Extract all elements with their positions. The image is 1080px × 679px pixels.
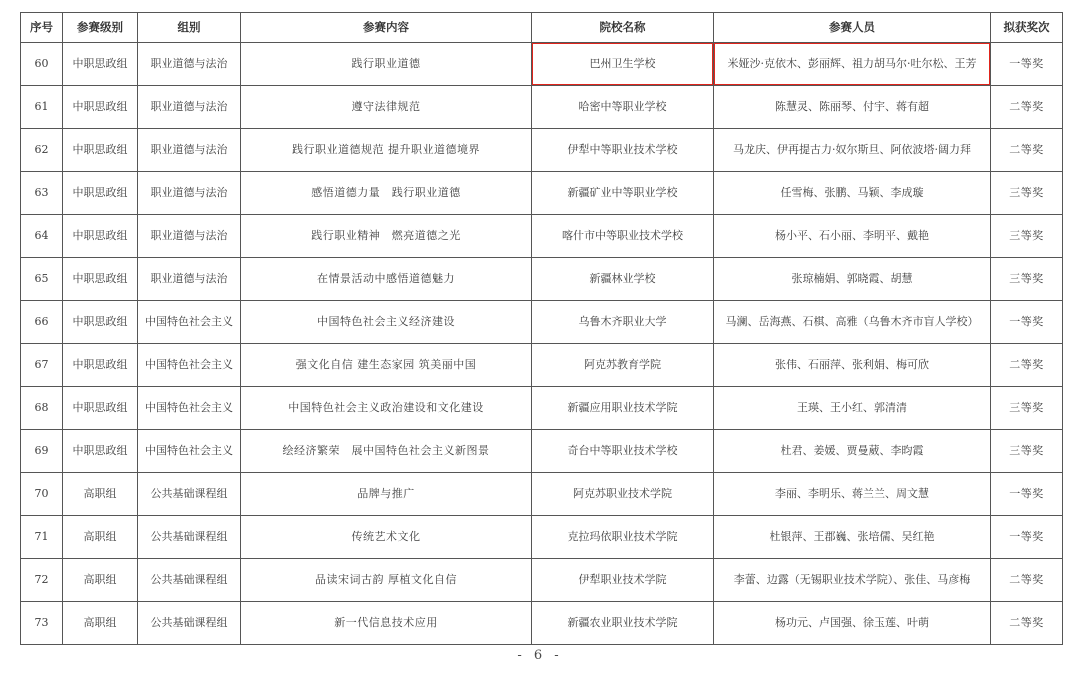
- cell-no: 63: [21, 172, 63, 215]
- cell-group: 公共基础课程组: [138, 559, 241, 602]
- cell-no: 68: [21, 387, 63, 430]
- cell-school: 新疆矿业中等职业学校: [532, 172, 714, 215]
- cell-level: 中职思政组: [63, 86, 138, 129]
- cell-content: 强文化自信 建生态家园 筑美丽中国: [241, 344, 532, 387]
- cell-level: 高职组: [63, 559, 138, 602]
- document-page: 序号参赛级别组别参赛内容院校名称参赛人员拟获奖次 60中职思政组职业道德与法治践…: [0, 0, 1080, 679]
- table-row: 63中职思政组职业道德与法治感悟道德力量 践行职业道德新疆矿业中等职业学校任雪梅…: [21, 172, 1063, 215]
- cell-level: 中职思政组: [63, 172, 138, 215]
- cell-award: 三等奖: [991, 215, 1063, 258]
- cell-group: 中国特色社会主义: [138, 430, 241, 473]
- table-header: 序号参赛级别组别参赛内容院校名称参赛人员拟获奖次: [21, 13, 1063, 43]
- cell-award: 一等奖: [991, 516, 1063, 559]
- page-number: - 6 -: [0, 648, 1080, 663]
- cell-award: 一等奖: [991, 43, 1063, 86]
- cell-level: 中职思政组: [63, 215, 138, 258]
- cell-school: 伊犁职业技术学院: [532, 559, 714, 602]
- header-row: 序号参赛级别组别参赛内容院校名称参赛人员拟获奖次: [21, 13, 1063, 43]
- cell-school: 喀什市中等职业技术学校: [532, 215, 714, 258]
- cell-no: 72: [21, 559, 63, 602]
- table-row: 73高职组公共基础课程组新一代信息技术应用新疆农业职业技术学院杨功元、卢国强、徐…: [21, 602, 1063, 645]
- table-row: 60中职思政组职业道德与法治践行职业道德巴州卫生学校米娅沙·克依木、彭丽辉、祖力…: [21, 43, 1063, 86]
- cell-content: 中国特色社会主义政治建设和文化建设: [241, 387, 532, 430]
- table-row: 61中职思政组职业道德与法治遵守法律规范哈密中等职业学校陈慧灵、陈丽琴、付宇、蒋…: [21, 86, 1063, 129]
- cell-school: 乌鲁木齐职业大学: [532, 301, 714, 344]
- cell-group: 职业道德与法治: [138, 215, 241, 258]
- cell-school: 新疆应用职业技术学院: [532, 387, 714, 430]
- cell-group: 职业道德与法治: [138, 43, 241, 86]
- cell-level: 中职思政组: [63, 430, 138, 473]
- column-header: 序号: [21, 13, 63, 43]
- cell-group: 中国特色社会主义: [138, 301, 241, 344]
- table-row: 64中职思政组职业道德与法治践行职业精神 燃亮道德之光喀什市中等职业技术学校杨小…: [21, 215, 1063, 258]
- cell-participants: 任雪梅、张鹏、马颖、李成璇: [714, 172, 991, 215]
- cell-award: 一等奖: [991, 473, 1063, 516]
- column-header: 参赛内容: [241, 13, 532, 43]
- column-header: 组别: [138, 13, 241, 43]
- cell-school: 新疆农业职业技术学院: [532, 602, 714, 645]
- cell-participants: 米娅沙·克依木、彭丽辉、祖力胡马尔·吐尔松、王芳: [714, 43, 991, 86]
- cell-level: 中职思政组: [63, 258, 138, 301]
- cell-level: 高职组: [63, 516, 138, 559]
- cell-school: 克拉玛依职业技术学院: [532, 516, 714, 559]
- column-header: 参赛级别: [63, 13, 138, 43]
- cell-school: 伊犁中等职业技术学校: [532, 129, 714, 172]
- cell-participants: 陈慧灵、陈丽琴、付宇、蒋有超: [714, 86, 991, 129]
- cell-level: 中职思政组: [63, 344, 138, 387]
- table-row: 62中职思政组职业道德与法治践行职业道德规范 提升职业道德境界伊犁中等职业技术学…: [21, 129, 1063, 172]
- cell-award: 二等奖: [991, 559, 1063, 602]
- column-header: 院校名称: [532, 13, 714, 43]
- cell-no: 70: [21, 473, 63, 516]
- cell-award: 二等奖: [991, 86, 1063, 129]
- cell-school: 巴州卫生学校: [532, 43, 714, 86]
- cell-participants: 杜银萍、王郡巍、张培儒、吴红艳: [714, 516, 991, 559]
- cell-school: 阿克苏职业技术学院: [532, 473, 714, 516]
- cell-level: 中职思政组: [63, 387, 138, 430]
- table-body: 60中职思政组职业道德与法治践行职业道德巴州卫生学校米娅沙·克依木、彭丽辉、祖力…: [21, 43, 1063, 645]
- cell-award: 二等奖: [991, 129, 1063, 172]
- cell-group: 职业道德与法治: [138, 172, 241, 215]
- cell-participants: 马澜、岳海燕、石棋、高雅（乌鲁木齐市盲人学校）: [714, 301, 991, 344]
- cell-no: 73: [21, 602, 63, 645]
- cell-participants: 李丽、李明乐、蒋兰兰、周文慧: [714, 473, 991, 516]
- cell-no: 65: [21, 258, 63, 301]
- cell-content: 中国特色社会主义经济建设: [241, 301, 532, 344]
- cell-participants: 王瑛、王小红、郭清清: [714, 387, 991, 430]
- table-row: 71高职组公共基础课程组传统艺术文化克拉玛依职业技术学院杜银萍、王郡巍、张培儒、…: [21, 516, 1063, 559]
- cell-group: 中国特色社会主义: [138, 387, 241, 430]
- column-header: 参赛人员: [714, 13, 991, 43]
- cell-award: 三等奖: [991, 172, 1063, 215]
- cell-school: 新疆林业学校: [532, 258, 714, 301]
- cell-participants: 马龙庆、伊再提古力·奴尔斯旦、阿依波塔·阔力拜: [714, 129, 991, 172]
- cell-no: 71: [21, 516, 63, 559]
- cell-award: 一等奖: [991, 301, 1063, 344]
- awards-table: 序号参赛级别组别参赛内容院校名称参赛人员拟获奖次 60中职思政组职业道德与法治践…: [20, 12, 1063, 645]
- cell-level: 高职组: [63, 473, 138, 516]
- cell-award: 二等奖: [991, 344, 1063, 387]
- cell-no: 62: [21, 129, 63, 172]
- cell-no: 66: [21, 301, 63, 344]
- table-row: 72高职组公共基础课程组品读宋词古韵 厚植文化自信伊犁职业技术学院李蕾、边露（无…: [21, 559, 1063, 602]
- cell-participants: 杨功元、卢国强、徐玉莲、叶萌: [714, 602, 991, 645]
- table-row: 68中职思政组中国特色社会主义中国特色社会主义政治建设和文化建设新疆应用职业技术…: [21, 387, 1063, 430]
- cell-group: 中国特色社会主义: [138, 344, 241, 387]
- cell-content: 践行职业道德: [241, 43, 532, 86]
- table-row: 66中职思政组中国特色社会主义中国特色社会主义经济建设乌鲁木齐职业大学马澜、岳海…: [21, 301, 1063, 344]
- cell-participants: 李蕾、边露（无锡职业技术学院）、张佳、马彦梅: [714, 559, 991, 602]
- cell-level: 中职思政组: [63, 129, 138, 172]
- cell-group: 职业道德与法治: [138, 86, 241, 129]
- cell-school: 奇台中等职业技术学校: [532, 430, 714, 473]
- cell-content: 践行职业道德规范 提升职业道德境界: [241, 129, 532, 172]
- table-row: 69中职思政组中国特色社会主义绘经济繁荣 展中国特色社会主义新图景奇台中等职业技…: [21, 430, 1063, 473]
- cell-level: 中职思政组: [63, 43, 138, 86]
- cell-level: 中职思政组: [63, 301, 138, 344]
- cell-no: 69: [21, 430, 63, 473]
- cell-group: 公共基础课程组: [138, 473, 241, 516]
- cell-content: 感悟道德力量 践行职业道德: [241, 172, 532, 215]
- cell-content: 品读宋词古韵 厚植文化自信: [241, 559, 532, 602]
- cell-group: 公共基础课程组: [138, 516, 241, 559]
- cell-level: 高职组: [63, 602, 138, 645]
- cell-group: 公共基础课程组: [138, 602, 241, 645]
- cell-participants: 张琼楠娟、郭晓霞、胡慧: [714, 258, 991, 301]
- cell-content: 传统艺术文化: [241, 516, 532, 559]
- cell-no: 60: [21, 43, 63, 86]
- cell-content: 绘经济繁荣 展中国特色社会主义新图景: [241, 430, 532, 473]
- cell-no: 64: [21, 215, 63, 258]
- cell-participants: 杜君、姜媛、贾曼葳、李昀霞: [714, 430, 991, 473]
- cell-content: 在情景活动中感悟道德魅力: [241, 258, 532, 301]
- table-row: 67中职思政组中国特色社会主义强文化自信 建生态家园 筑美丽中国阿克苏教育学院张…: [21, 344, 1063, 387]
- cell-content: 遵守法律规范: [241, 86, 532, 129]
- cell-award: 三等奖: [991, 430, 1063, 473]
- column-header: 拟获奖次: [991, 13, 1063, 43]
- cell-no: 61: [21, 86, 63, 129]
- cell-award: 三等奖: [991, 387, 1063, 430]
- cell-award: 二等奖: [991, 602, 1063, 645]
- cell-content: 品牌与推广: [241, 473, 532, 516]
- cell-school: 阿克苏教育学院: [532, 344, 714, 387]
- cell-group: 职业道德与法治: [138, 258, 241, 301]
- cell-school: 哈密中等职业学校: [532, 86, 714, 129]
- cell-content: 践行职业精神 燃亮道德之光: [241, 215, 532, 258]
- table-row: 65中职思政组职业道德与法治在情景活动中感悟道德魅力新疆林业学校张琼楠娟、郭晓霞…: [21, 258, 1063, 301]
- cell-content: 新一代信息技术应用: [241, 602, 532, 645]
- cell-participants: 张伟、石丽萍、张利娟、梅可欣: [714, 344, 991, 387]
- table-row: 70高职组公共基础课程组品牌与推广阿克苏职业技术学院李丽、李明乐、蒋兰兰、周文慧…: [21, 473, 1063, 516]
- cell-award: 三等奖: [991, 258, 1063, 301]
- cell-no: 67: [21, 344, 63, 387]
- cell-participants: 杨小平、石小丽、李明平、戴艳: [714, 215, 991, 258]
- cell-group: 职业道德与法治: [138, 129, 241, 172]
